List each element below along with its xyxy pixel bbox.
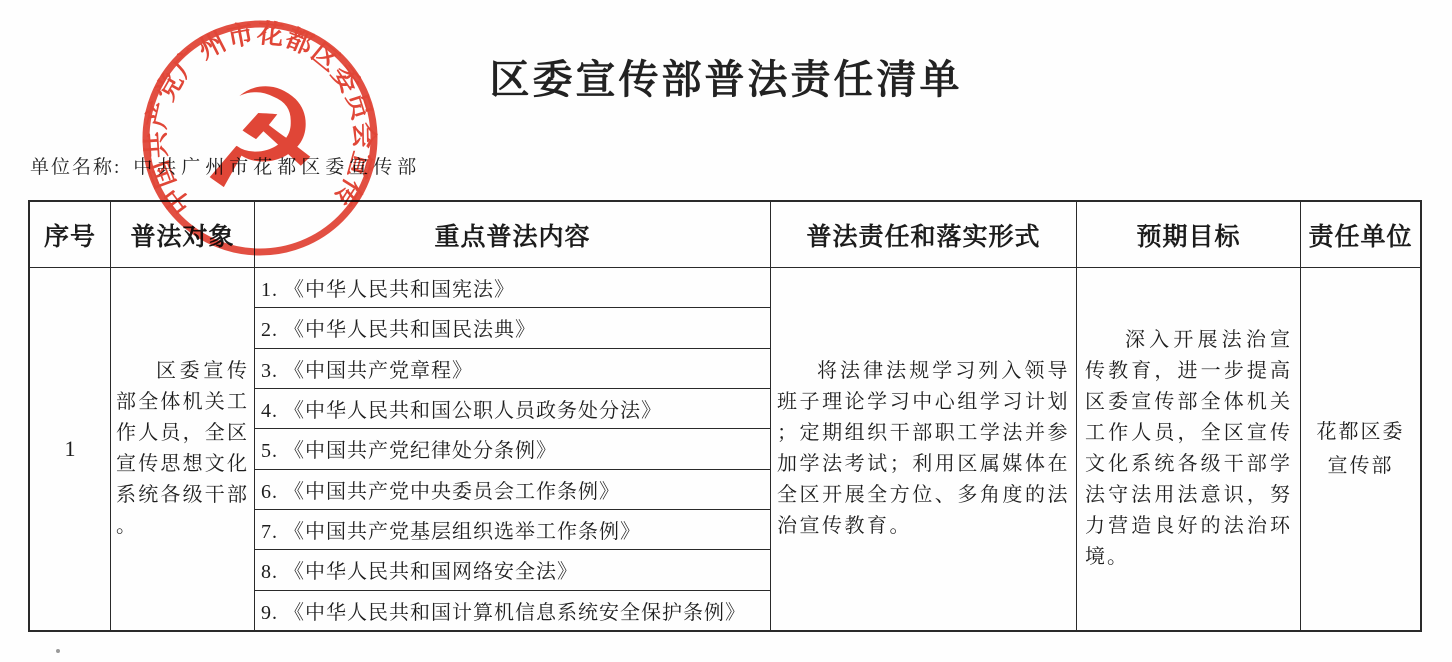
responsible-unit-text: 花都区委宣传部 xyxy=(1315,415,1406,483)
law-item: 1. 《中华人民共和国宪法》 xyxy=(255,268,770,308)
cell-unit: 花都区委宣传部 xyxy=(1301,268,1420,630)
header-unit: 责任单位 xyxy=(1301,202,1420,268)
unit-name-label: 单位名称: xyxy=(30,157,121,178)
header-seq: 序号 xyxy=(30,202,111,268)
law-item: 7. 《中国共产党基层组织选举工作条例》 xyxy=(255,510,770,550)
law-item: 6. 《中国共产党中央委员会工作条例》 xyxy=(255,470,770,510)
law-duty-table: 序号 普法对象 重点普法内容 普法责任和落实形式 预期目标 责任单位 1 区委宣… xyxy=(28,200,1422,632)
header-audience: 普法对象 xyxy=(111,202,255,268)
cell-goal: 深入开展法治宣传教育，进一步提高区委宣传部全体机关工作人员，全区宣传文化系统各级… xyxy=(1077,268,1301,630)
scan-artifact-dot xyxy=(56,649,60,653)
cell-audience: 区委宣传部全体机关工作人员，全区宣传思想文化系统各级干部。 xyxy=(111,268,255,630)
audience-text: 区委宣传部全体机关工作人员，全区宣传思想文化系统各级干部。 xyxy=(116,356,249,542)
law-item: 8. 《中华人民共和国网络安全法》 xyxy=(255,550,770,590)
cell-seq: 1 xyxy=(30,268,111,630)
page-title: 区委宣传部普法责任清单 xyxy=(0,48,1452,105)
goal-text: 深入开展法治宣传教育，进一步提高区委宣传部全体机关工作人员，全区宣传文化系统各级… xyxy=(1085,325,1292,573)
header-contents: 重点普法内容 xyxy=(255,202,771,268)
law-item: 5. 《中国共产党纪律处分条例》 xyxy=(255,429,770,469)
cell-contents: 1. 《中华人民共和国宪法》 2. 《中华人民共和国民法典》 3. 《中国共产党… xyxy=(255,268,771,630)
law-item: 9. 《中华人民共和国计算机信息系统安全保护条例》 xyxy=(255,591,770,630)
seq-number: 1 xyxy=(65,436,76,462)
unit-name-value: 中共广州市花都区委宣传部 xyxy=(133,157,421,178)
table-header-row: 序号 普法对象 重点普法内容 普法责任和落实形式 预期目标 责任单位 xyxy=(30,202,1420,268)
header-responsibility: 普法责任和落实形式 xyxy=(771,202,1077,268)
responsibility-text: 将法律法规学习列入领导班子理论学习中心组学习计划；定期组织干部职工学法并参加学法… xyxy=(777,356,1070,542)
header-goal: 预期目标 xyxy=(1077,202,1301,268)
law-item: 4. 《中华人民共和国公职人员政务处分法》 xyxy=(255,389,770,429)
unit-name-line: 单位名称:中共广州市花都区委宣传部 xyxy=(30,152,421,179)
law-item: 2. 《中华人民共和国民法典》 xyxy=(255,308,770,348)
table-row: 1 区委宣传部全体机关工作人员，全区宣传思想文化系统各级干部。 1. 《中华人民… xyxy=(30,268,1420,630)
cell-responsibility: 将法律法规学习列入领导班子理论学习中心组学习计划；定期组织干部职工学法并参加学法… xyxy=(771,268,1077,630)
law-item: 3. 《中国共产党章程》 xyxy=(255,349,770,389)
document-page: 区委宣传部普法责任清单 单位名称:中共广州市花都区委宣传部 序号 普法对象 重点… xyxy=(0,0,1452,662)
